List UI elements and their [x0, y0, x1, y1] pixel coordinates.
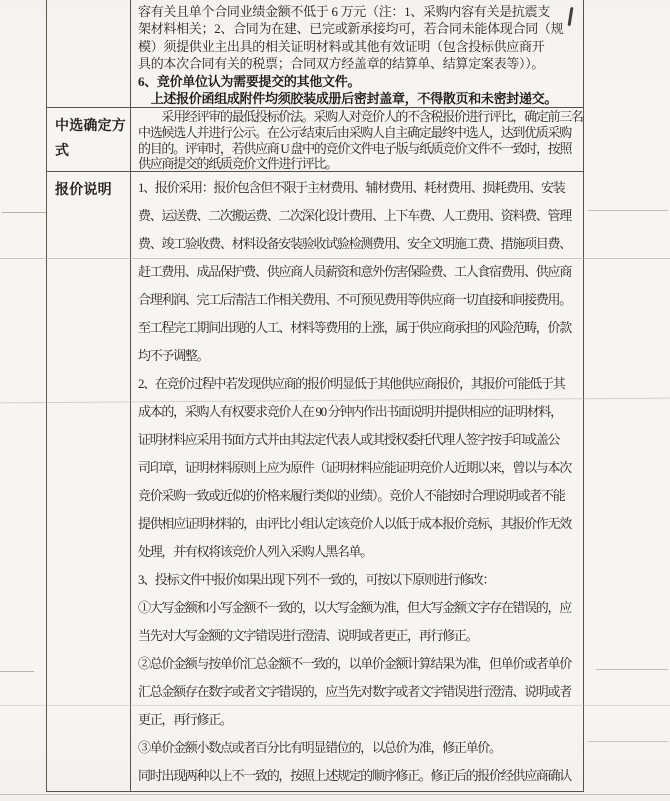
text-line: 具的本次合同有关的税票；合同双方经盖章的结算单、结算定案表等））。 [138, 55, 583, 72]
row-content-cell: 1、报价采用：报价包含但不限于主材费用、辅材费用、耗材费用、损耗费用、安装费、运… [131, 172, 583, 791]
text-line: 6、竞价单位认为需要提交的其他文件。 [138, 73, 583, 90]
text-line: 1、报价采用：报价包含但不限于主材费用、辅材费用、耗材费用、损耗费用、安装 [138, 174, 583, 202]
row-header-label: 报价说明 [55, 183, 112, 198]
scanned-document-page: 容有关且单个合同业绩金额不低于 6 万元（注：1、采购内容有关是抗震支架材料相关… [0, 0, 670, 801]
text-line: 架材料相关；2、合同为在建、已完或新承接均可，若合同未能体现合同（规 [138, 20, 583, 37]
text-line: 司印章，证明材料原则上应为原件（证明材料应能证明竞价人近期以来，曾以与本次 [138, 454, 583, 482]
procurement-terms-table: 容有关且单个合同业绩金额不低于 6 万元（注：1、采购内容有关是抗震支架材料相关… [46, 0, 584, 792]
scan-artifact-line [2, 212, 46, 213]
text-line: 费、竣工验收费、材料设备安装验收试验检测费用、安全文明施工费、措施项目费、 [138, 230, 583, 258]
row-content-cell: 容有关且单个合同业绩金额不低于 6 万元（注：1、采购内容有关是抗震支架材料相关… [131, 0, 583, 107]
text-line: 成本的，采购人有权要求竞价人在 90 分钟内作出书面说明并提供相应的证明材料， [138, 398, 583, 426]
row-content-cell: 采用经评审的最低投标价法。采购人对竞价人的不含税报价进行评比，确定前三名中选候选… [131, 108, 583, 171]
text-line: ①大写金额和小写金额不一致的，以大写金额为准，但大写金额文字存在错误的，应 [138, 594, 583, 622]
text-line: 至工程完工期间出现的人工、材料等费用的上涨，属于供应商承担的风险范畴，价款 [138, 314, 583, 342]
scan-artifact-line [588, 210, 668, 211]
scan-artifact-line [0, 671, 34, 672]
row-header-cell: 中选确定方式 [47, 108, 131, 171]
text-line: ②总价金额与按单价汇总金额不一致的，以单价金额计算结果为准，但单价或者单价 [138, 650, 583, 678]
text-line: 均不予调整。 [138, 342, 583, 370]
text-line: 竞价采购一致或近似的价格来履行类似的业绩）。竞价人不能按时合理说明或者不能 [138, 482, 583, 510]
text-line: 中选候选人并进行公示。在公示结束后由采购人自主确定最终中选人，达到优质采购 [138, 125, 583, 141]
text-line: 更正，再行修正。 [138, 706, 583, 734]
text-line: 当先对大写金额的文字错误进行澄清、说明或者更正，再行修正。 [138, 622, 583, 650]
text-line: 费、运送费、二次搬运费、二次深化设计费用、上下车费、人工费用、资料费、管理 [138, 202, 583, 230]
text-line: 的目的。评审时，若供应商 U 盘中的竞价文件电子版与纸质竞价文件不一致时，按照 [138, 141, 583, 157]
row-header-cell: 报价说明 [47, 172, 131, 791]
text-line: 证明材料应采用书面方式并由其法定代表人或其授权委托代理人签字按手印或盖公 [138, 426, 583, 454]
text-line: 模）须提供业主出具的相关证明材料或其他有效证明（包含投标供应商开 [138, 38, 583, 55]
table-row-attachment-requirements: 容有关且单个合同业绩金额不低于 6 万元（注：1、采购内容有关是抗震支架材料相关… [47, 0, 583, 108]
scan-artifact-line [596, 669, 668, 670]
row-header-label: 中选确定方式 [55, 119, 126, 159]
scan-artifact-line [588, 741, 668, 742]
text-line: 供应商提交的纸质竞价文件进行评比。 [138, 156, 583, 171]
text-line: 容有关且单个合同业绩金额不低于 6 万元（注：1、采购内容有关是抗震支 [138, 3, 583, 20]
text-line: 2、在竞价过程中若发现供应商的报价明显低于其他供应商报价，其报价可能低于其 [138, 370, 583, 398]
text-line: 提供相应证明材料的，由评比小组认定该竞价人以低于成本报价竞标，其报价作无效 [138, 510, 583, 538]
text-line: 赶工费用、成品保护费、供应商人员薪资和意外伤害保险费、工人食宿费用、供应商 [138, 258, 583, 286]
text-line: 汇总金额存在数字或者文字错误的，应当先对数字或者文字错误进行澄清、说明或者 [138, 678, 583, 706]
text-line: 3、投标文件中报价如果出现下列不一致的，可按以下原则进行修改： [138, 566, 583, 594]
table-row-selection-method: 中选确定方式 采用经评审的最低投标价法。采购人对竞价人的不含税报价进行评比，确定… [47, 108, 583, 172]
table-row-quotation-notes: 报价说明 1、报价采用：报价包含但不限于主材费用、辅材费用、耗材费用、损耗费用、… [47, 172, 583, 792]
text-line: 采用经评审的最低投标价法。采购人对竞价人的不含税报价进行评比，确定前三名 [138, 109, 583, 125]
text-line: 处理，并有权将该竞价人列入采购人黑名单。 [138, 538, 583, 566]
scan-artifact-line [0, 705, 670, 706]
scan-artifact-line [0, 794, 670, 795]
text-line: ③单价金额小数点或者百分比有明显错位的，以总价为准，修正单价。 [138, 734, 583, 762]
row-header-cell [47, 0, 131, 107]
text-line: 上述报价函组成附件均须胶装成册后密封盖章，不得散页和未密封递交。 [138, 90, 583, 107]
scan-artifact-line [0, 258, 670, 259]
text-line: 合理利润、完工后清洁工作相关费用、不可预见费用等供应商一切直接和间接费用。 [138, 286, 583, 314]
text-line: 同时出现两种以上不一致的，按照上述规定的顺序修正。修正后的报价经供应商确认 [138, 762, 583, 790]
